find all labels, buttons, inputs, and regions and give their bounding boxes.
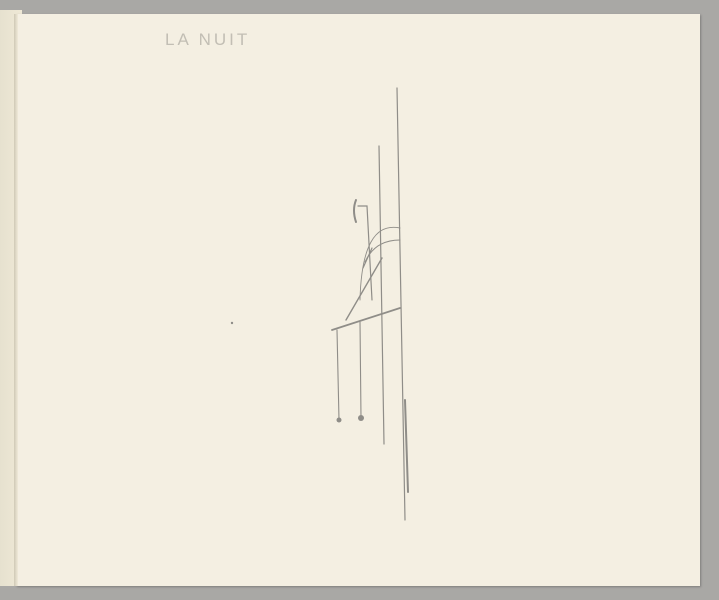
pencil-sketch <box>0 0 719 600</box>
